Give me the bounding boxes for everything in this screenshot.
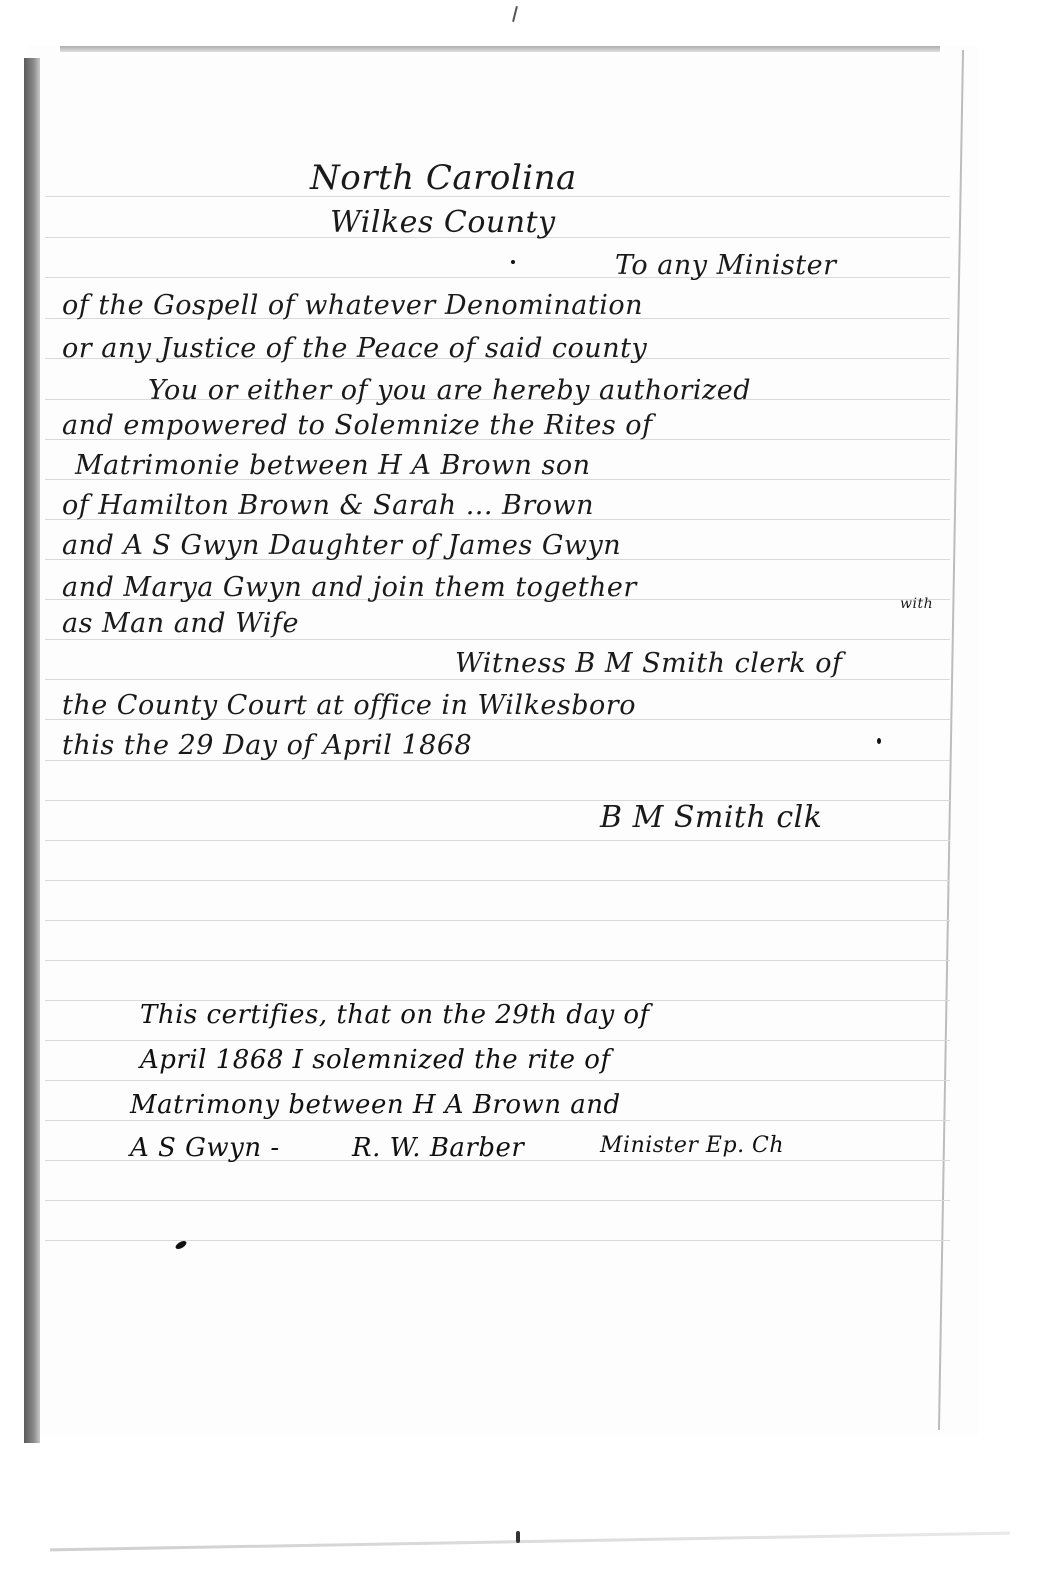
license-line-2: or any Justice of the Peace of said coun…	[62, 333, 647, 364]
ruled-line	[45, 840, 950, 841]
certificate-line-4: A S Gwyn -	[130, 1133, 280, 1163]
county-heading: Wilkes County	[330, 205, 556, 240]
minister-title: Minister Ep. Ch	[600, 1133, 784, 1158]
witness-line: Witness B M Smith clerk of	[455, 648, 842, 679]
license-line-3: You or either of you are hereby authoriz…	[148, 375, 751, 406]
license-line-7: and A S Gwyn Daughter of James Gwyn	[62, 530, 621, 561]
minister-signature: R. W. Barber	[352, 1133, 524, 1163]
interlinear-note: with	[900, 596, 933, 612]
ruled-line	[45, 639, 950, 640]
ruled-line	[45, 1080, 950, 1081]
ruled-line	[45, 1040, 950, 1041]
ruled-line	[45, 920, 950, 921]
clerk-signature: B M Smith clk	[600, 800, 822, 835]
ruled-line	[45, 960, 950, 961]
bottom-ink-mark	[516, 1531, 520, 1543]
certificate-line-1: This certifies, that on the 29th day of	[140, 1000, 650, 1030]
license-line-1: of the Gospell of whatever Denomination	[62, 290, 643, 321]
page-binding-edge	[24, 58, 40, 1443]
ink-dot	[877, 738, 881, 744]
ruled-line	[45, 1120, 950, 1121]
certificate-line-2: April 1868 I solemnized the rite of	[140, 1045, 611, 1075]
state-heading: North Carolina	[310, 158, 577, 198]
license-line-4: and empowered to Solemnize the Rites of	[62, 410, 653, 441]
license-line-6: of Hamilton Brown & Sarah ... Brown	[62, 490, 594, 521]
ruled-line	[45, 679, 950, 680]
page-bottom-edge	[50, 1532, 1010, 1552]
ruled-line	[45, 880, 950, 881]
ruled-line	[45, 1200, 950, 1201]
license-line-5: Matrimonie between H A Brown son	[75, 450, 591, 481]
salutation: To any Minister	[615, 250, 836, 281]
top-scratch-mark	[512, 6, 518, 22]
ink-dot	[511, 260, 515, 264]
license-line-8: and Marya Gwyn and join them together	[62, 572, 637, 603]
office-line: the County Court at office in Wilkesboro	[62, 690, 636, 721]
certificate-line-3: Matrimony between H A Brown and	[130, 1090, 621, 1120]
date-line: this the 29 Day of April 1868	[62, 730, 472, 761]
page-top-edge	[60, 46, 940, 52]
license-line-9: as Man and Wife	[62, 608, 299, 639]
